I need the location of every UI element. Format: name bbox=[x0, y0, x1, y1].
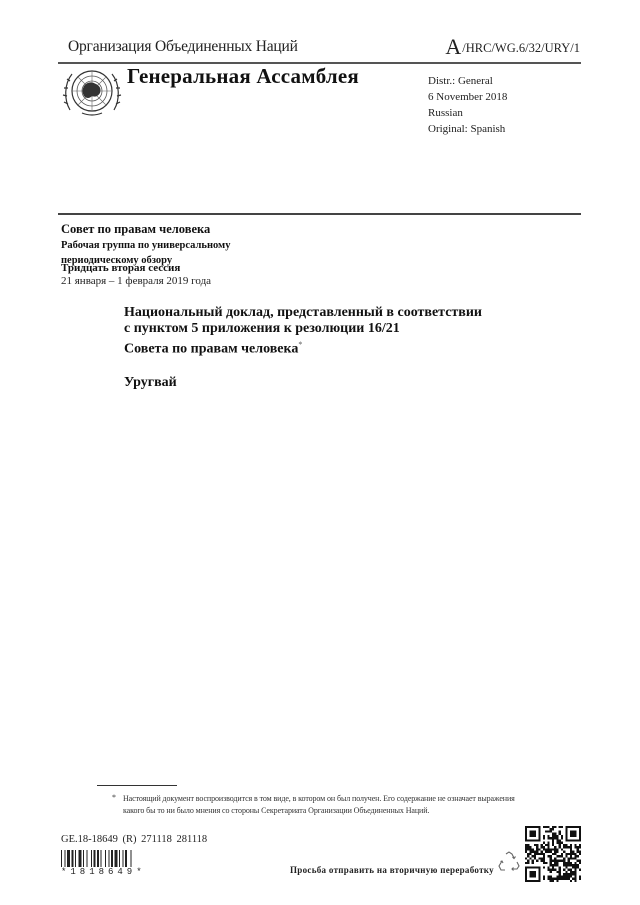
symbol-prefix: A bbox=[445, 34, 461, 59]
session-name: Тридцать вторая сессия bbox=[61, 262, 180, 274]
distribution-date: 6 November 2018 bbox=[428, 89, 507, 105]
report-title-line1: Национальный доклад, представленный в со… bbox=[124, 305, 482, 321]
council-name: Совет по правам человека bbox=[61, 222, 210, 237]
recycle-notice: Просьба отправить на вторичную переработ… bbox=[290, 865, 494, 875]
job-number: GE.18-18649 (R) 271118 281118 bbox=[61, 834, 207, 845]
session-dates: 21 января – 1 февраля 2019 года bbox=[61, 275, 211, 287]
distribution-type: Distr.: General bbox=[428, 73, 507, 89]
section-rule bbox=[58, 213, 581, 215]
footnote-reference[interactable]: * bbox=[298, 340, 302, 349]
report-title-line3: Совета по правам человека bbox=[124, 342, 298, 357]
document-symbol: A/HRC/WG.6/32/URY/1 bbox=[445, 34, 580, 60]
general-assembly-title: Генеральная Ассамблея bbox=[127, 64, 359, 89]
qr-code-icon[interactable] bbox=[525, 826, 581, 882]
footnote-rule bbox=[97, 785, 177, 786]
barcode-number: *1818649* bbox=[61, 867, 157, 877]
footnote-text: Настоящий документ воспроизводится в том… bbox=[123, 793, 523, 817]
un-emblem-icon bbox=[62, 66, 122, 118]
country-name: Уругвай bbox=[124, 375, 177, 391]
working-group-line1: Рабочая группа по универсальному bbox=[61, 238, 230, 253]
distribution-block: Distr.: General 6 November 2018 Russian … bbox=[428, 73, 507, 137]
organization-name: Организация Объединенных Наций bbox=[68, 38, 298, 56]
recycle-icon bbox=[497, 850, 521, 874]
symbol-rest: /HRC/WG.6/32/URY/1 bbox=[462, 41, 580, 55]
original-language: Original: Spanish bbox=[428, 121, 507, 137]
report-title-line2: с пунктом 5 приложения к резолюции 16/21 bbox=[124, 321, 482, 337]
footnote-mark: * bbox=[112, 793, 116, 802]
document-language: Russian bbox=[428, 105, 507, 121]
report-title: Национальный доклад, представленный в со… bbox=[124, 305, 482, 358]
